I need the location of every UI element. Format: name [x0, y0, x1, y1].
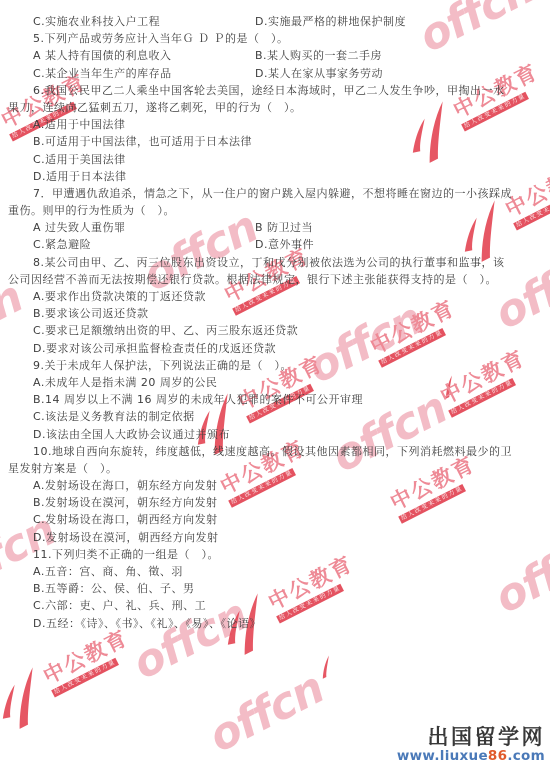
option-right: B.某人购买的一套二手房 — [255, 49, 382, 62]
exam-page: offcnoffcnoffcnoffcnoffcnoffcnoffcnoffcn… — [0, 0, 550, 766]
question-line: 5.下列产品或劳务应计入当年Ｇ Ｄ Ｐ的是（ ）。 — [8, 30, 542, 47]
offcn-watermark: offcn — [203, 656, 350, 760]
option-left: A 过失致人重伤罪 — [33, 219, 255, 236]
swoosh-tail-icon — [311, 654, 338, 681]
option-line: C.发射场设在海口，朝西经方向发射 — [8, 511, 542, 528]
zhonggong-swoosh-icon — [0, 665, 56, 735]
option-pair-line: A 过失致人重伤罪B 防卫过当 — [8, 219, 542, 236]
question-continuation-line: 果刀，连续向乙猛刺五刀，遂将乙刺死，甲的行为（ ）。 — [8, 99, 542, 116]
option-line: C.六部：吏、户、礼、兵、刑、工 — [8, 597, 542, 614]
option-line: D.该法由全国人大政协会议通过并颁布 — [8, 426, 542, 443]
option-line: B.14 周岁以上不满 16 周岁的未成年人犯罪的案件不可公开审理 — [8, 391, 542, 408]
option-line: A.要求作出贷款决策的丁返还贷款 — [8, 288, 542, 305]
site-name: 出国留学网 — [397, 727, 545, 748]
option-left: C.某企业当年生产的库存品 — [33, 65, 255, 82]
option-pair-line: C.某企业当年生产的库存品D.某人在家从事家务劳动 — [8, 65, 542, 82]
site-url-suffix: .com — [507, 748, 545, 764]
option-right: D.某人在家从事家务劳动 — [255, 67, 383, 80]
option-pair-line: C.紧急避险D.意外事件 — [8, 236, 542, 253]
option-line: C.适用于美国法律 — [8, 151, 542, 168]
option-line: D.发射场设在漠河，朝西经方向发射 — [8, 529, 542, 546]
option-line: A.适用于中国法律 — [8, 116, 542, 133]
option-line: A.五音：宫、商、角、徵、羽 — [8, 563, 542, 580]
site-url-highlight: 86 — [488, 748, 507, 764]
option-pair-line: A 某人持有国债的利息收入B.某人购买的一套二手房 — [8, 47, 542, 64]
option-line: D.要求对该公司承担监督检查责任的戊返还贷款 — [8, 340, 542, 357]
zhonggong-slogan-text: 给人改变未来的力量 — [51, 658, 119, 698]
option-line: A.发射场设在海口，朝东经方向发射 — [8, 477, 542, 494]
option-left: C.实施农业科技入户工程 — [33, 13, 255, 30]
option-right: D.意外事件 — [255, 238, 314, 251]
option-line: D.适用于日本法律 — [8, 168, 542, 185]
option-pair-line: C.实施农业科技入户工程D.实施最严格的耕地保护制度 — [8, 13, 542, 30]
offcn-watermark-text: offcn — [203, 666, 331, 760]
option-line: D.五经：《诗》、《书》、《礼》、《易》、《论语》 — [8, 615, 542, 632]
option-line: A.未成年人是指未满 20 周岁的公民 — [8, 374, 542, 391]
question-line: 11.下列归类不正确的一组是（ ）。 — [8, 546, 542, 563]
zhonggong-watermark: 中公教育给人改变未来的力量 — [0, 621, 143, 735]
question-continuation-line: 公司因经营不善而无法按期偿还银行贷款。根据法律规定，银行下述主张能获得支持的是（… — [8, 271, 542, 288]
question-line: 8.某公司由甲、乙、丙三位股东出资设立，丁和戊分别被依法选为公司的执行董事和监事… — [8, 254, 542, 271]
site-url: www.liuxue86.com — [397, 750, 545, 764]
option-left: A 某人持有国债的利息收入 — [33, 47, 255, 64]
option-line: B.可适用于中国法律，也可适用于日本法律 — [8, 133, 542, 150]
question-line: 10.地球自西向东旋转，纬度越低，线速度越高。假设其他因素都相同，下列消耗燃料最… — [8, 443, 542, 460]
question-line: 6.我国公民甲乙二人乘坐中国客轮去美国，途经日本海域时，甲乙二人发生争吵，甲掏出… — [8, 82, 542, 99]
option-line: C.该法是义务教育法的制定依据 — [8, 408, 542, 425]
option-left: C.紧急避险 — [33, 236, 255, 253]
option-line: C.要求已足额缴纳出资的甲、乙、丙三股东返还贷款 — [8, 322, 542, 339]
site-url-prefix: www.liuxue — [397, 748, 488, 764]
question-continuation-line: 星发射方案是（ ）。 — [8, 460, 542, 477]
site-footer: 出国留学网 www.liuxue86.com — [397, 727, 545, 764]
question-line: 9.关于未成年人保护法，下列说法正确的是（ ）。 — [8, 357, 542, 374]
option-line: B.五等爵：公、侯、伯、子、男 — [8, 580, 542, 597]
option-line: B.要求该公司返还贷款 — [8, 305, 542, 322]
question-line: 7．甲遭遇仇敌追杀，情急之下，从一住户的窗户跳入屋内躲避，不想将睡在窗边的一小孩… — [8, 185, 542, 202]
option-line: B.发射场设在漠河，朝东经方向发射 — [8, 494, 542, 511]
option-right: B 防卫过当 — [255, 221, 313, 234]
zhonggong-watermark-text: 中公教育 — [40, 626, 132, 688]
question-continuation-line: 重伤。则甲的行为性质为（ ）。 — [8, 202, 542, 219]
question-text-block: C.实施农业科技入户工程D.实施最严格的耕地保护制度5.下列产品或劳务应计入当年… — [8, 13, 542, 632]
option-right: D.实施最严格的耕地保护制度 — [255, 15, 406, 28]
